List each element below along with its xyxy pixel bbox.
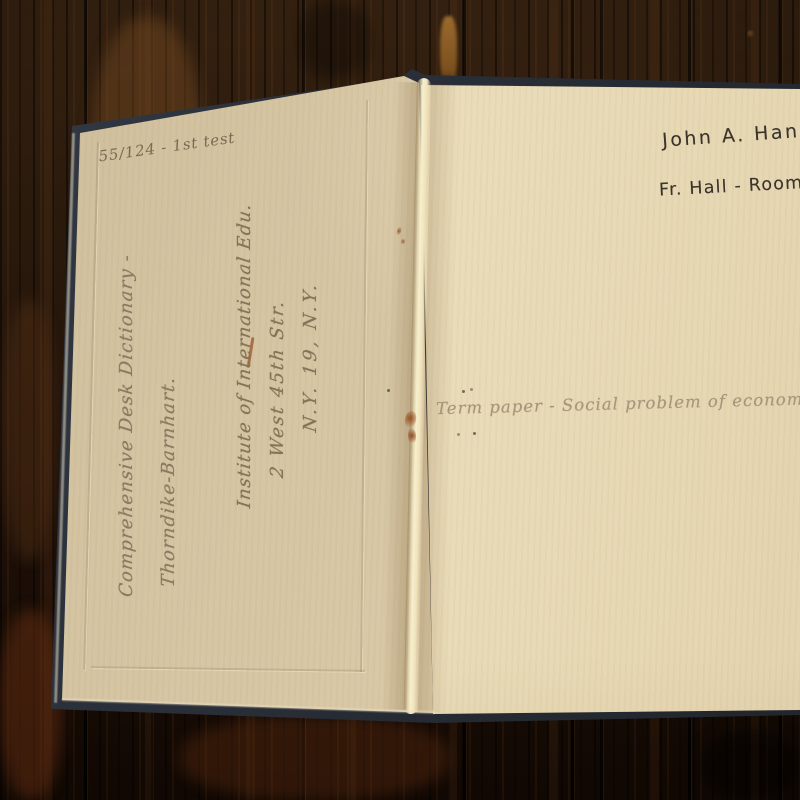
handwritten-address-note: Institute of International Edu. 2 West 4…: [228, 174, 328, 508]
ink-speck: [462, 390, 465, 393]
wood-knot: [747, 30, 755, 38]
cover-turnin-ridge: [91, 666, 365, 672]
handwritten-dictionary-note: Comprehensive Desk Dictionary - Thorndik…: [106, 257, 190, 597]
cover-turnin-ridge: [360, 100, 368, 672]
ink-speck: [473, 432, 476, 435]
photo-open-book-on-table: 55/124 - 1st test Comprehensive Desk Dic…: [0, 0, 800, 800]
address-note-line: 2 West 45th Str.: [261, 172, 294, 510]
wood-shadow-patch: [700, 730, 800, 800]
wood-shadow-patch: [300, 0, 370, 80]
address-note-line: Institute of International Edu.: [228, 172, 261, 510]
dictionary-note-line: Thorndike-Barnhart.: [148, 255, 190, 599]
dictionary-note-line: Comprehensive Desk Dictionary -: [106, 255, 148, 599]
ink-speck: [387, 389, 390, 392]
address-note-line: N.Y. 19, N.Y.: [294, 172, 327, 510]
cover-turnin-ridge: [83, 142, 99, 670]
wood-grain-streak: [180, 716, 450, 800]
wood-grain-streak: [4, 300, 54, 560]
pencil-dot: [457, 433, 460, 436]
pencil-dot: [470, 388, 473, 391]
